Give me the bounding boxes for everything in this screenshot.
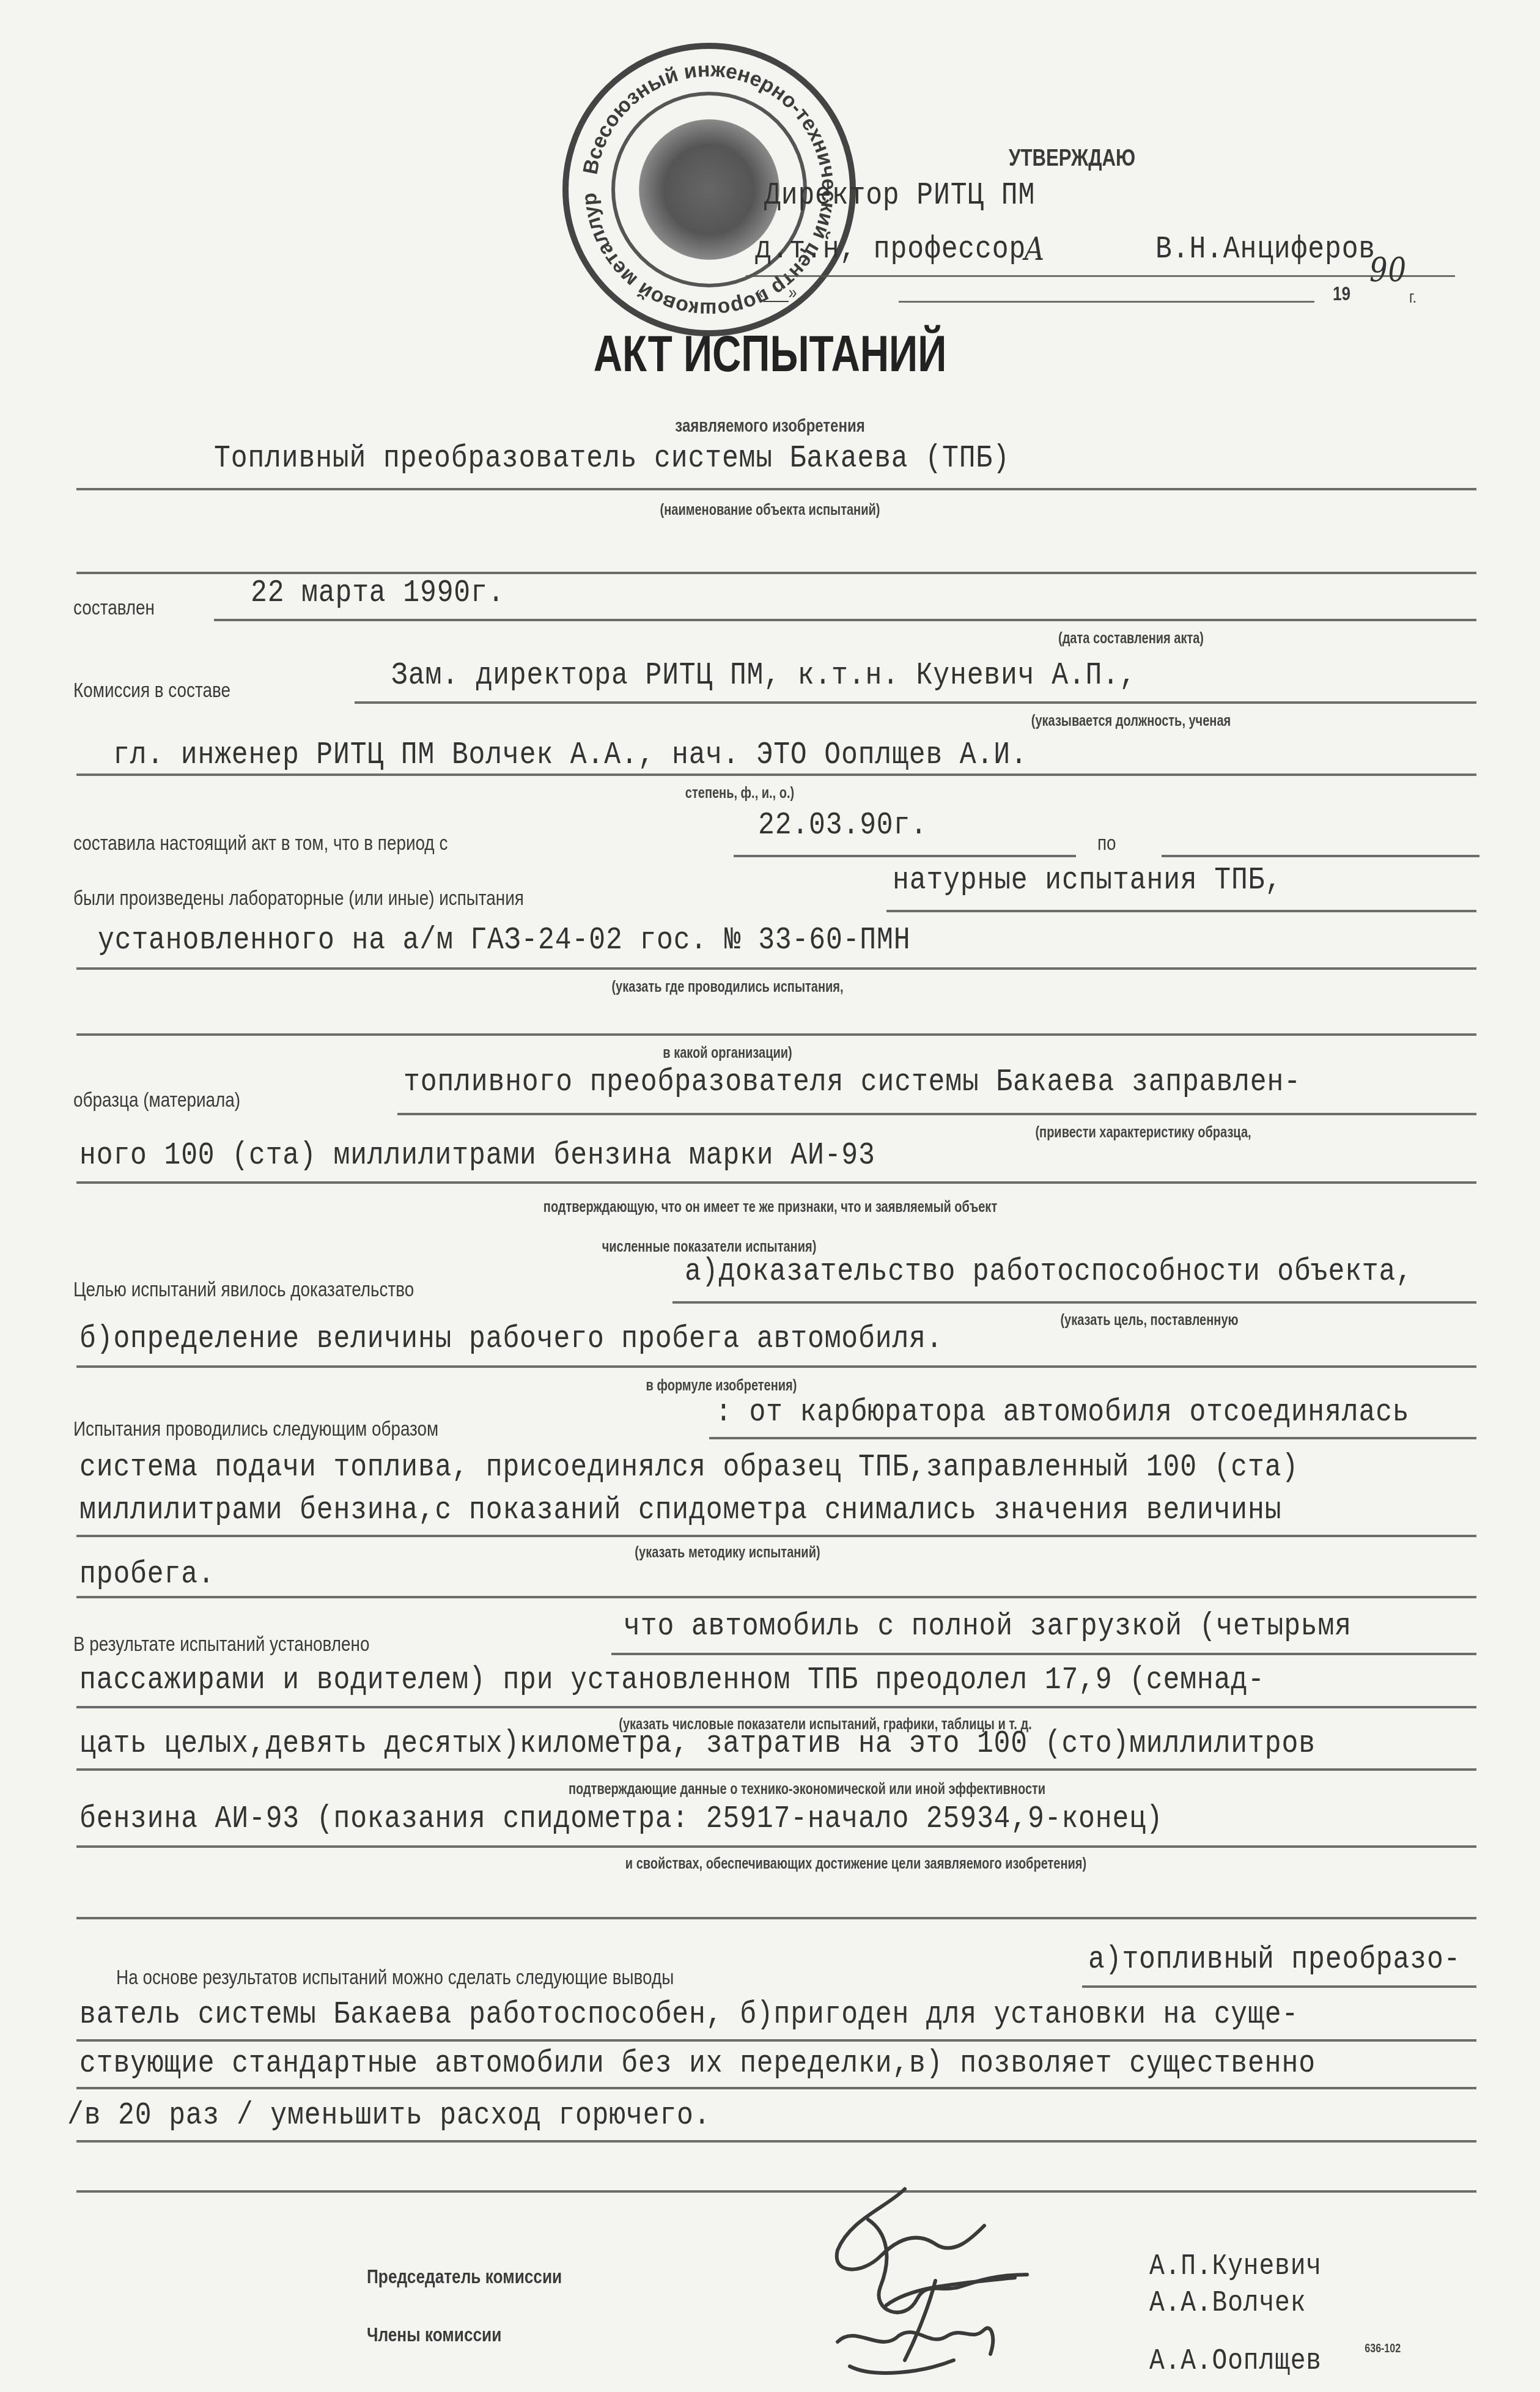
conclusion-value-1: а)топливный преобразо- <box>1088 1941 1461 1977</box>
method-label: Испытания проводились следующим образом <box>73 1417 438 1441</box>
conclusion-value-3: ствующие стандартные автомобили без их п… <box>79 2045 1316 2081</box>
result-hint-2: подтверждающие данные о технико-экономич… <box>465 1781 1149 1798</box>
member-2-name: А.А.Ооплщев <box>1149 2345 1322 2378</box>
approval-degree: д.т.н, профессор <box>755 231 1026 267</box>
commission-hint-2: степень, ф., и., о.) <box>588 784 891 802</box>
tests-hint-2: в какой организации) <box>615 1044 840 1062</box>
commission-value-2: гл. инженер РИТЦ ПМ Волчек А.А., нач. ЭТ… <box>113 737 1028 773</box>
sample-value-1: топливного преобразователя системы Бакае… <box>403 1064 1301 1100</box>
result-label: В результате испытаний установлено <box>73 1633 369 1656</box>
approval-date-day: «___» <box>755 282 797 303</box>
goal-hint-1: (указать цель, поставленную <box>1012 1312 1286 1329</box>
approval-position: Директор РИТЦ ПМ <box>764 177 1035 213</box>
tests-value-1: натурные испытания ТПБ, <box>893 862 1282 898</box>
period-to-label: по <box>1097 832 1116 855</box>
object-hint: (наименование объекта испытаний) <box>154 501 1386 519</box>
approval-year: 19 <box>1333 282 1350 305</box>
members-label: Члены комиссии <box>367 2324 501 2346</box>
method-hint: (указать методику испытаний) <box>586 1544 869 1562</box>
result-hint-3: и свойствах, обеспечивающих достижение ц… <box>528 1855 1184 1873</box>
conclusion-label: На основе результатов испытаний можно сд… <box>116 1966 674 1990</box>
print-code: 636-102 <box>1365 2342 1401 2356</box>
approval-name: В.Н.Анциферов <box>1155 231 1376 267</box>
goal-label: Целью испытаний явилось доказательство <box>73 1278 414 1302</box>
result-value-3: цать целых,девять десятых)километра, зат… <box>79 1726 1316 1762</box>
chairman-label: Председатель комиссии <box>367 2265 562 2288</box>
chairman-name: А.П.Куневич <box>1149 2250 1322 2283</box>
handwritten-signatures <box>813 2183 1143 2385</box>
tests-value-2: установленного на а/м ГАЗ-24-02 гос. № 3… <box>98 922 910 958</box>
sample-hint-2: подтверждающую, что он имеет те же призн… <box>418 1198 1122 1216</box>
compiled-label: составлен <box>73 596 155 620</box>
approval-year-suffix: г. <box>1409 287 1417 307</box>
goal-value-1: а)доказательство работоспособности объек… <box>685 1253 1413 1290</box>
commission-value-1: Зам. директора РИТЦ ПМ, к.т.н. Куневич А… <box>391 657 1137 693</box>
tests-hint-1: (указать где проводились испытания, <box>551 978 904 996</box>
approval-year-handwritten: 90 <box>1369 251 1407 289</box>
method-value-4: пробега. <box>79 1556 215 1592</box>
tests-label: были произведены лабораторные (или иные)… <box>73 887 524 910</box>
sample-value-2: ного 100 (ста) миллилитрами бензина марк… <box>79 1137 875 1173</box>
period-label: составила настоящий акт в том, что в пер… <box>73 832 448 855</box>
commission-hint-1: (указывается должность, ученая <box>960 712 1302 730</box>
period-from: 22.03.90г. <box>758 807 927 843</box>
compiled-hint: (дата составления акта) <box>960 630 1302 648</box>
conclusion-value-4: /в 20 раз / уменьшить расход горючего. <box>67 2097 710 2133</box>
result-value-1: что автомобиль с полной загрузкой (четыр… <box>624 1608 1352 1644</box>
result-value-2: пассажирами и водителем) при установленн… <box>79 1662 1265 1698</box>
method-value-2: система подачи топлива, присоединялся об… <box>79 1449 1299 1485</box>
sample-label: образца (материала) <box>73 1088 240 1112</box>
sample-hint-1: (привести характеристику образца, <box>977 1124 1310 1142</box>
commission-label: Комиссия в составе <box>73 679 230 703</box>
document-subtitle: заявляемого изобретения <box>154 416 1386 437</box>
goal-hint-2: в формуле изобретения) <box>599 1377 844 1395</box>
method-value-3: миллилитрами бензина,с показаний спидоме… <box>79 1492 1281 1528</box>
compiled-value: 22 марта 1990г. <box>251 575 504 611</box>
approval-heading: УТВЕРЖДАЮ <box>1009 146 1135 172</box>
approval-signature: А <box>1024 231 1045 268</box>
goal-value-2: б)определение величины рабочего пробега … <box>79 1321 943 1357</box>
result-value-4: бензина АИ-93 (показания спидометра: 259… <box>79 1801 1163 1837</box>
member-1-name: А.А.Волчек <box>1149 2287 1306 2320</box>
method-value-1: : от карбюратора автомобиля отсоединялас… <box>715 1394 1410 1430</box>
conclusion-value-2: ватель системы Бакаева работоспособен, б… <box>79 1996 1299 2032</box>
object-name: Топливный преобразователь системы Бакаев… <box>214 440 1010 476</box>
document-title: АКТ ИСПЫТАНИЙ <box>169 324 1371 383</box>
